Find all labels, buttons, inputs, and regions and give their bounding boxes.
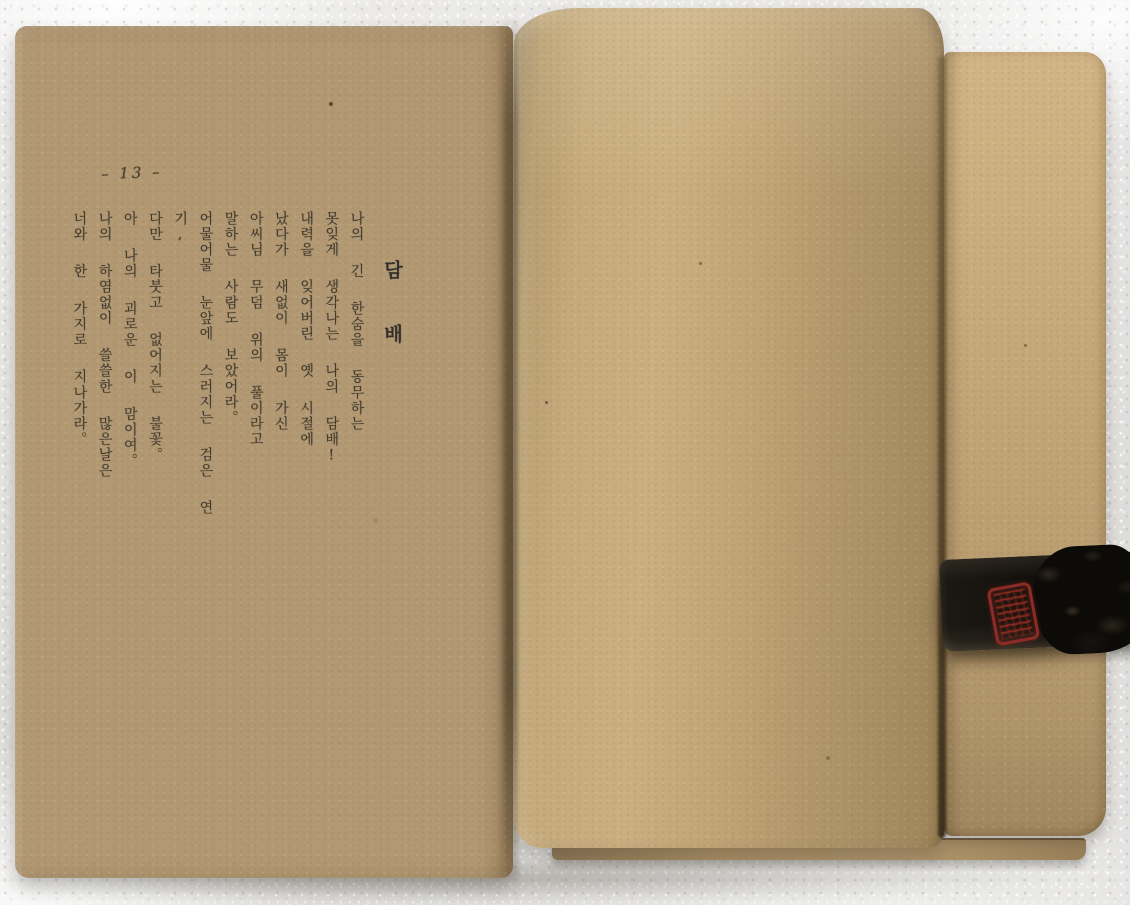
carved-rough-end — [1031, 543, 1130, 656]
poem-line: 나의 긴 한숨을 동무하는 — [343, 211, 368, 541]
paper-speck — [329, 102, 333, 106]
paper-speck — [699, 262, 702, 265]
poem-line: 났다가 새없이 몸이 가신 — [268, 211, 293, 541]
book-photo-scene: – 13 – 담배 나의 긴 한숨을 동무하는 못잊게 생각나는 나의 담배! … — [0, 0, 1130, 905]
poem-line: 아씨님 무덤 위의 풀이라고 — [243, 211, 268, 541]
book-left-page: – 13 – 담배 나의 긴 한숨을 동무하는 못잊게 생각나는 나의 담배! … — [15, 26, 513, 878]
paper-speck — [1024, 344, 1027, 347]
paper-speck — [545, 401, 548, 404]
poem-title: 담배 — [377, 211, 405, 541]
paper-speck — [373, 518, 378, 523]
poem-line: 다만 타붓고 없어지는 불꽃。 — [142, 211, 167, 541]
ink-stick-weight — [939, 551, 1130, 652]
poem-line: 아 나의 괴로운 이 맘이여。 — [117, 211, 142, 541]
book-middle-page-curled — [514, 8, 944, 848]
poem-line: 나의 하염없이 쓸쓸한 많은날은 — [91, 211, 116, 541]
book-right-page-underneath — [944, 52, 1106, 836]
paper-speck — [826, 756, 830, 760]
poem-line: 어물어물 눈앞에 스러지는 검은 연기, — [167, 211, 217, 541]
page-number: – 13 – — [101, 163, 163, 183]
poem-line: 못잊게 생각나는 나의 담배! — [318, 211, 343, 541]
page-gutter-shadow — [503, 20, 518, 878]
poem-line: 내력을 잊어버린 옛 시절에 — [293, 211, 318, 541]
page-edge-crease — [938, 56, 946, 838]
poem-line: 말하는 사람도 보았어라。 — [217, 211, 242, 541]
poem-text-block: 담배 나의 긴 한숨을 동무하는 못잊게 생각나는 나의 담배! 내력을 잊어버… — [66, 211, 405, 541]
poem-line: 너와 한 가지로 지나가라。 — [66, 211, 91, 541]
